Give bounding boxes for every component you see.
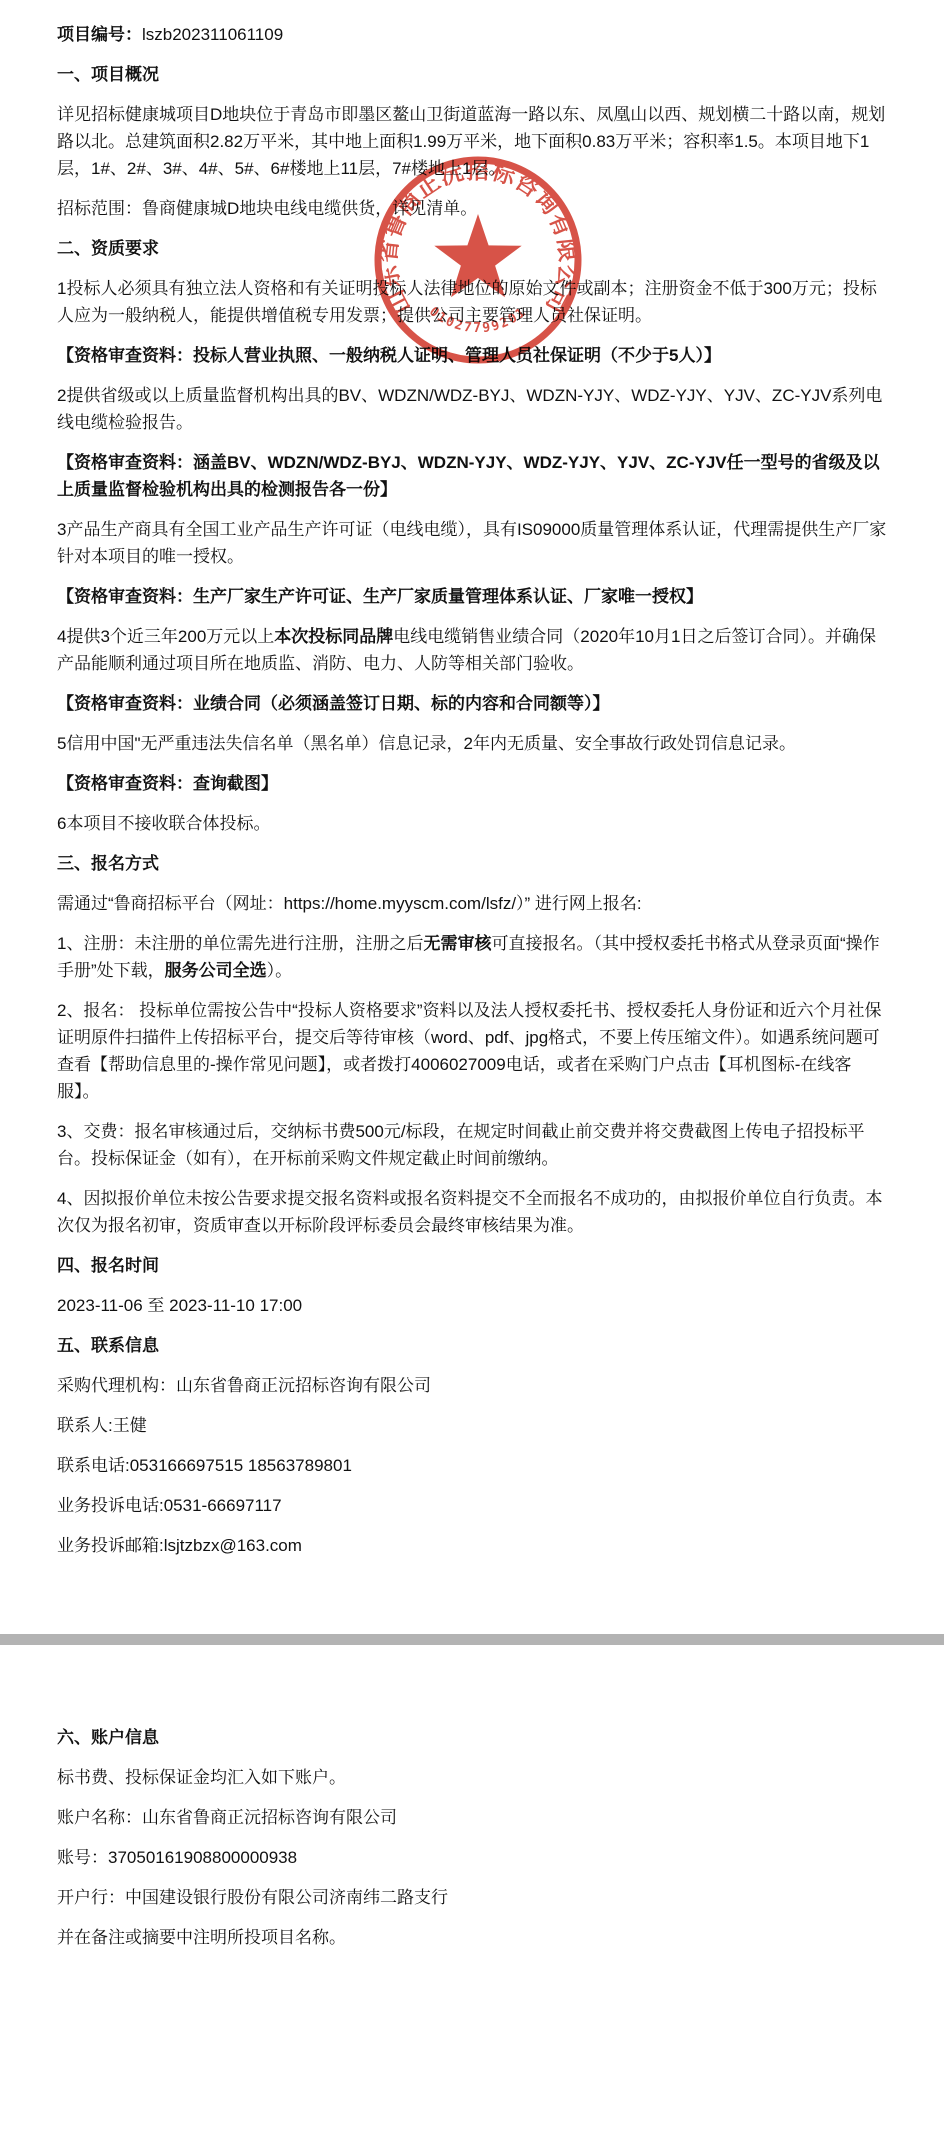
section-1-heading: 一、项目概况: [57, 61, 887, 88]
contact-phone-line: 联系电话:053166697515 18563789801: [57, 1452, 887, 1479]
section-3-heading: 三、报名方式: [57, 850, 887, 877]
qualification-item-6: 6本项目不接收联合体投标。: [57, 810, 887, 837]
page-break-divider: [0, 1634, 944, 1645]
complaint-phone-line: 业务投诉电话:0531-66697117: [57, 1492, 887, 1519]
registration-intro: 需通过“鲁商招标平台（网址：https://home.myyscm.com/ls…: [57, 890, 887, 917]
project-overview-paragraph: 详见招标健康城项目D地块位于青岛市即墨区鳌山卫街道蓝海一路以东、凤凰山以西、规划…: [57, 101, 887, 182]
complaint-email-line: 业务投诉邮箱:lsjtzbzx@163.com: [57, 1532, 887, 1559]
section-4-heading: 四、报名时间: [57, 1252, 887, 1279]
document-page: 项目编号：lszb202311061109一、项目概况详见招标健康城项目D地块位…: [0, 0, 944, 2004]
remark-line: 并在备注或摘要中注明所投项目名称。: [57, 1924, 887, 1951]
registration-step-3: 3、交费：报名审核通过后，交纳标书费500元/标段，在规定时间截止前交费并将交费…: [57, 1118, 887, 1172]
account-intro-line: 标书费、投标保证金均汇入如下账户。: [57, 1764, 887, 1791]
review-docs-1: 【资格审查资料：投标人营业执照、一般纳税人证明、管理人员社保证明（不少于5人）】: [57, 342, 887, 369]
account-number-line: 账号：37050161908800000938: [57, 1844, 887, 1871]
project-number-line: 项目编号：lszb202311061109: [57, 21, 887, 48]
section-2-heading: 二、资质要求: [57, 235, 887, 262]
review-docs-3: 【资格审查资料：生产厂家生产许可证、生产厂家质量管理体系认证、厂家唯一授权】: [57, 583, 887, 610]
registration-step-2: 2、报名： 投标单位需按公告中“投标人资格要求”资料以及法人授权委托书、授权委托…: [57, 997, 887, 1105]
qualification-item-3: 3产品生产商具有全国工业产品生产许可证（电线电缆），具有IS09000质量管理体…: [57, 516, 887, 570]
qualification-item-2: 2提供省级或以上质量监督机构出具的BV、WDZN/WDZ-BYJ、WDZN-YJ…: [57, 382, 887, 436]
registration-step-4: 4、因拟报价单位未按公告要求提交报名资料或报名资料提交不全而报名不成功的，由拟报…: [57, 1185, 887, 1239]
review-docs-5: 【资格审查资料：查询截图】: [57, 770, 887, 797]
contact-person-line: 联系人:王健: [57, 1412, 887, 1439]
qualification-item-5: 5信用中国"无严重违法失信名单（黑名单）信息记录，2年内无质量、安全事故行政处罚…: [57, 730, 887, 757]
document-body: 项目编号：lszb202311061109一、项目概况详见招标健康城项目D地块位…: [57, 21, 887, 1951]
section-5-heading: 五、联系信息: [57, 1332, 887, 1359]
qualification-item-1: 1投标人必须具有独立法人资格和有关证明投标人法律地位的原始文件或副本；注册资金不…: [57, 275, 887, 329]
post-divider-space: [57, 1658, 887, 1724]
pre-divider-space: [57, 1572, 887, 1634]
review-docs-4: 【资格审查资料：业绩合同（必须涵盖签订日期、标的内容和合同额等）】: [57, 690, 887, 717]
qualification-item-4: 4提供3个近三年200万元以上本次投标同品牌电线电缆销售业绩合同（2020年10…: [57, 623, 887, 677]
registration-period: 2023-11-06 至 2023-11-10 17:00: [57, 1292, 887, 1319]
bid-scope-paragraph: 招标范围：鲁商健康城D地块电线电缆供货，详见清单。: [57, 195, 887, 222]
review-docs-2: 【资格审查资料：涵盖BV、WDZN/WDZ-BYJ、WDZN-YJY、WDZ-Y…: [57, 449, 887, 503]
registration-step-1: 1、注册：未注册的单位需先进行注册，注册之后无需审核可直接报名。（其中授权委托书…: [57, 930, 887, 984]
bank-line: 开户行：中国建设银行股份有限公司济南纬二路支行: [57, 1884, 887, 1911]
agency-line: 采购代理机构：山东省鲁商正沅招标咨询有限公司: [57, 1372, 887, 1399]
section-6-heading: 六、账户信息: [57, 1724, 887, 1751]
account-name-line: 账户名称：山东省鲁商正沅招标咨询有限公司: [57, 1804, 887, 1831]
